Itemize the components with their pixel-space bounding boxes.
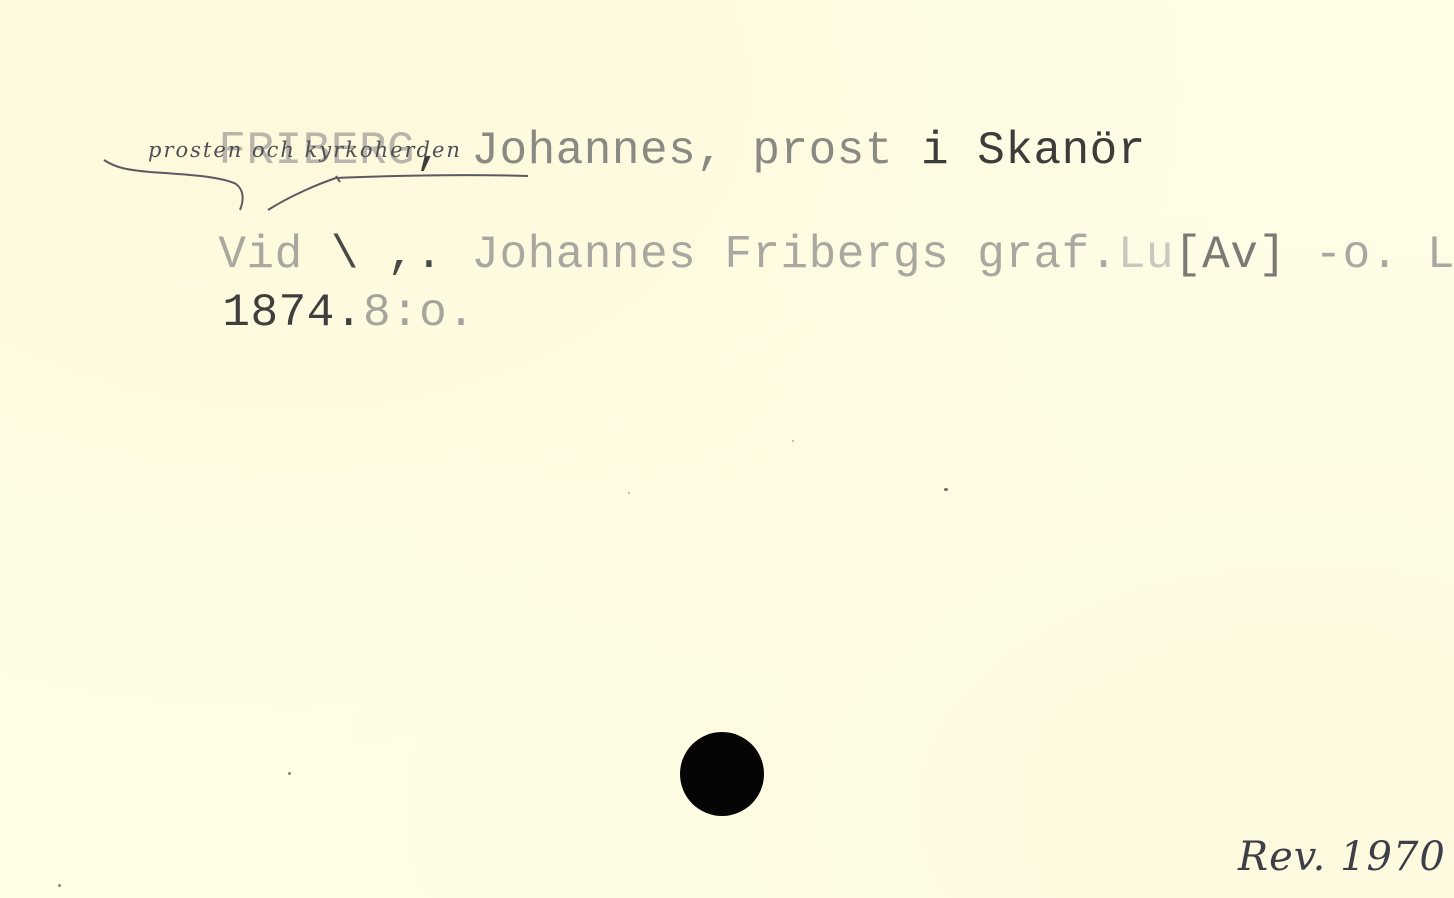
entry-overstrike: Lu	[1118, 229, 1174, 281]
catalog-card: FRIBERG, Johannes, prost i Skanör proste…	[0, 0, 1454, 898]
entry-name: Johannes	[471, 229, 696, 281]
paper-speck	[792, 440, 794, 442]
revision-note: Rev. 1970	[1238, 834, 1446, 880]
entry-line-3: 1874.8:o.	[110, 244, 475, 382]
entry-format: 8:o.	[363, 287, 475, 339]
entry-bracket: [Av]	[1174, 229, 1286, 281]
paper-speck	[288, 772, 291, 775]
punch-hole	[680, 732, 764, 816]
paper-speck	[628, 492, 630, 494]
entry-title: Fribergs	[696, 229, 949, 281]
handwritten-insertion: prosten och kyrkoherden	[148, 138, 462, 162]
heading-title-part1: , prost	[696, 125, 893, 177]
paper-speck	[58, 884, 61, 887]
heading-given-name: Johannes	[471, 125, 696, 177]
entry-tail: -o. Lund	[1286, 229, 1454, 281]
entry-word-graf: graf.	[949, 229, 1118, 281]
heading-title-part2: i Skanör	[893, 125, 1146, 177]
entry-year: 1874.	[222, 287, 363, 339]
paper-speck	[944, 488, 948, 491]
